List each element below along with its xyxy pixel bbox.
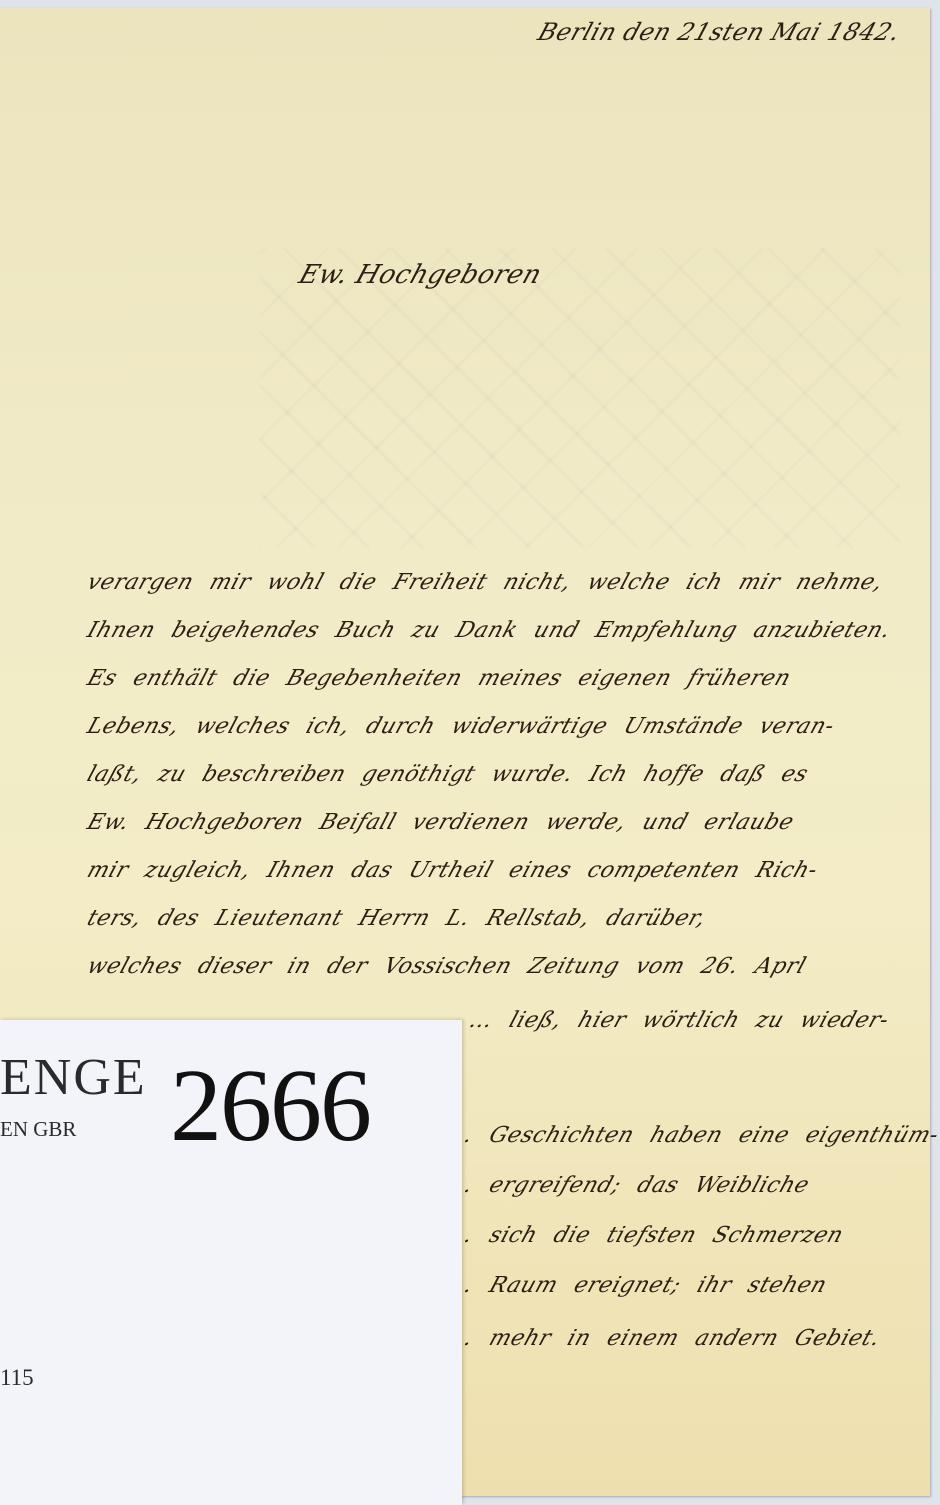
lot-number: 2666 [170, 1046, 370, 1165]
body-line: Ihnen beigehendes Buch zu Dank und Empfe… [84, 618, 894, 643]
body-line: … ließ, hier wörtlich zu wieder- [466, 1008, 892, 1033]
body-line: mir zugleich, Ihnen das Urtheil eines co… [84, 858, 821, 883]
body-line: Es enthält die Begebenheiten meines eige… [84, 666, 794, 691]
body-line: Lebens, welches ich, durch widerwärtige … [84, 714, 838, 739]
body-line: … sich die tiefsten Schmerzen [446, 1223, 847, 1248]
auction-house-subtitle: EN GBR [0, 1117, 76, 1142]
auction-lot-label: ENGE EN GBR 2666 115 [0, 1020, 462, 1505]
reference-number: 115 [0, 1365, 34, 1391]
body-line: ters, des Lieutenant Herrn L. Rellstab, … [84, 906, 709, 931]
body-line: laßt, zu beschreiben genöthigt wurde. Ic… [84, 762, 811, 787]
body-line: Ew. Hochgeboren Beifall verdienen werde,… [84, 810, 797, 835]
body-line: … mehr in einem andern Gebiet. [446, 1326, 884, 1351]
auction-house-name: ENGE [0, 1048, 147, 1107]
body-line: welches dieser in der Vossischen Zeitung… [84, 954, 809, 979]
body-line: … Raum ereignet; ihr stehen [446, 1273, 830, 1298]
body-line: verargen mir wohl die Freiheit nicht, we… [84, 570, 886, 595]
dateline: Berlin den 21sten Mai 1842. [535, 18, 905, 46]
body-line: … Geschichten haben eine eigenthüm- [446, 1123, 940, 1148]
show-through-ink [260, 248, 900, 548]
salutation: Ew. Hochgeboren [295, 260, 545, 290]
body-line: … ergreifend; das Weibliche [446, 1173, 813, 1198]
